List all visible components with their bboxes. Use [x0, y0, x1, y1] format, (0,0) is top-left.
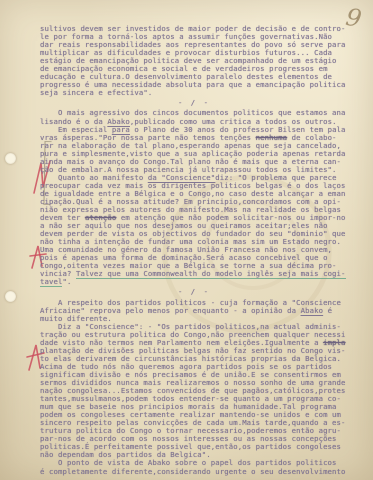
typed-line: vincia? Talvez que uma Commonwealth do m…	[40, 270, 368, 278]
typed-line: tavel".	[40, 278, 368, 286]
annotated-word: tavel	[40, 277, 62, 287]
section-divider: - / -	[30, 99, 358, 107]
punch-hole-bottom	[5, 291, 16, 302]
annotated-word: Talvez que uma Commonwealth do modelo in…	[76, 269, 346, 279]
section-divider: - / -	[30, 288, 358, 296]
punch-hole-top	[5, 153, 16, 164]
typed-text: sultivos devem ser investidos de maior p…	[40, 25, 368, 476]
scanned-page: 9 sultivos devem ser investidos de maior…	[0, 0, 373, 480]
typed-segment: é	[323, 306, 332, 315]
typed-line: é completamente diferente,considerando u…	[40, 468, 368, 476]
annotated-word: Abako	[301, 306, 323, 315]
typed-segment: ".	[62, 277, 71, 286]
typed-line: seja sincera e efectiva".	[40, 89, 368, 97]
